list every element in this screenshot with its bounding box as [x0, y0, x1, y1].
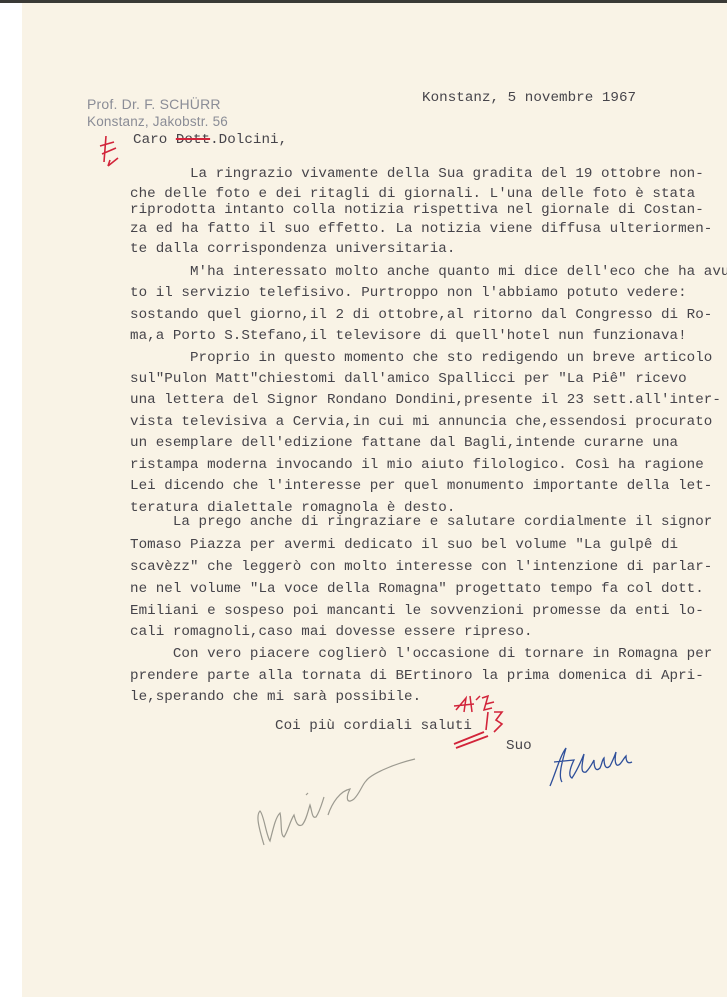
- body-line: sostando quel giorno,il 2 di ottobre,al …: [130, 307, 712, 323]
- red-double-underline-icon: [452, 730, 492, 750]
- body-line: prendere parte alla tornata di BErtinoro…: [130, 668, 704, 684]
- letterhead-address: Konstanz, Jakobstr. 56: [87, 114, 228, 129]
- body-line: Emiliani e sospeso poi mancanti le sovve…: [130, 603, 704, 619]
- salutation-name: .Dolcini,: [210, 132, 287, 148]
- pencil-note-icon: [250, 755, 420, 855]
- body-line: Tomaso Piazza per avermi dedicato il suo…: [130, 537, 678, 553]
- closing-line: Coi più cordiali saluti: [275, 718, 472, 734]
- body-line: za ed ha fatto il suo effetto. La notizi…: [130, 221, 712, 237]
- body-line: La prego anche di ringraziare e salutare…: [130, 514, 712, 530]
- body-line: che delle foto e dei ritagli di giornali…: [130, 186, 695, 202]
- body-line: to il servizio telefisivo. Purtroppo non…: [130, 285, 687, 301]
- body-line: una lettera del Signor Rondano Dondini,p…: [130, 392, 721, 408]
- body-line: La ringrazio vivamente della Sua gradita…: [130, 166, 704, 182]
- body-line: le,sperando che mi sarà possibile.: [130, 689, 421, 705]
- body-line: scavèzz" che leggerò con molto interesse…: [130, 559, 712, 575]
- body-line: ristampa moderna invocando il mio aiuto …: [130, 457, 704, 473]
- date-line: Konstanz, 5 novembre 1967: [422, 90, 636, 106]
- signature-icon: [540, 742, 650, 792]
- struck-title: Dott: [176, 132, 210, 148]
- red-correction-mark-icon: [98, 132, 128, 168]
- salutation: Caro Dott.Dolcini,: [133, 132, 287, 148]
- body-line: Con vero piacere coglierò l'occasione di…: [130, 646, 712, 662]
- body-line: Lei dicendo che l'interesse per quel mon…: [130, 478, 712, 494]
- body-line: riprodotta intanto colla notizia rispett…: [130, 202, 704, 218]
- body-line: M'ha interessato molto anche quanto mi d…: [130, 264, 727, 280]
- body-line: ne nel volume "La voce della Romagna" pr…: [130, 581, 704, 597]
- body-line: un esemplare dell'edizione fattane dal B…: [130, 435, 678, 451]
- body-line: cali romagnoli,caso mai dovesse essere r…: [130, 624, 533, 640]
- salutation-prefix: Caro: [133, 132, 176, 148]
- signoff: Suo: [506, 738, 532, 754]
- body-line: vista televisiva a Cervia,in cui mi annu…: [130, 414, 712, 430]
- body-line: ma,a Porto S.Stefano,il televisore di qu…: [130, 328, 687, 344]
- body-line: sul"Pulon Matt"chiestomi dall'amico Spal…: [130, 371, 687, 387]
- body-line: te dalla corrispondenza universitaria.: [130, 241, 455, 257]
- body-line: Proprio in questo momento che sto redige…: [130, 350, 712, 366]
- letterhead-name: Prof. Dr. F. SCHÜRR: [87, 96, 221, 112]
